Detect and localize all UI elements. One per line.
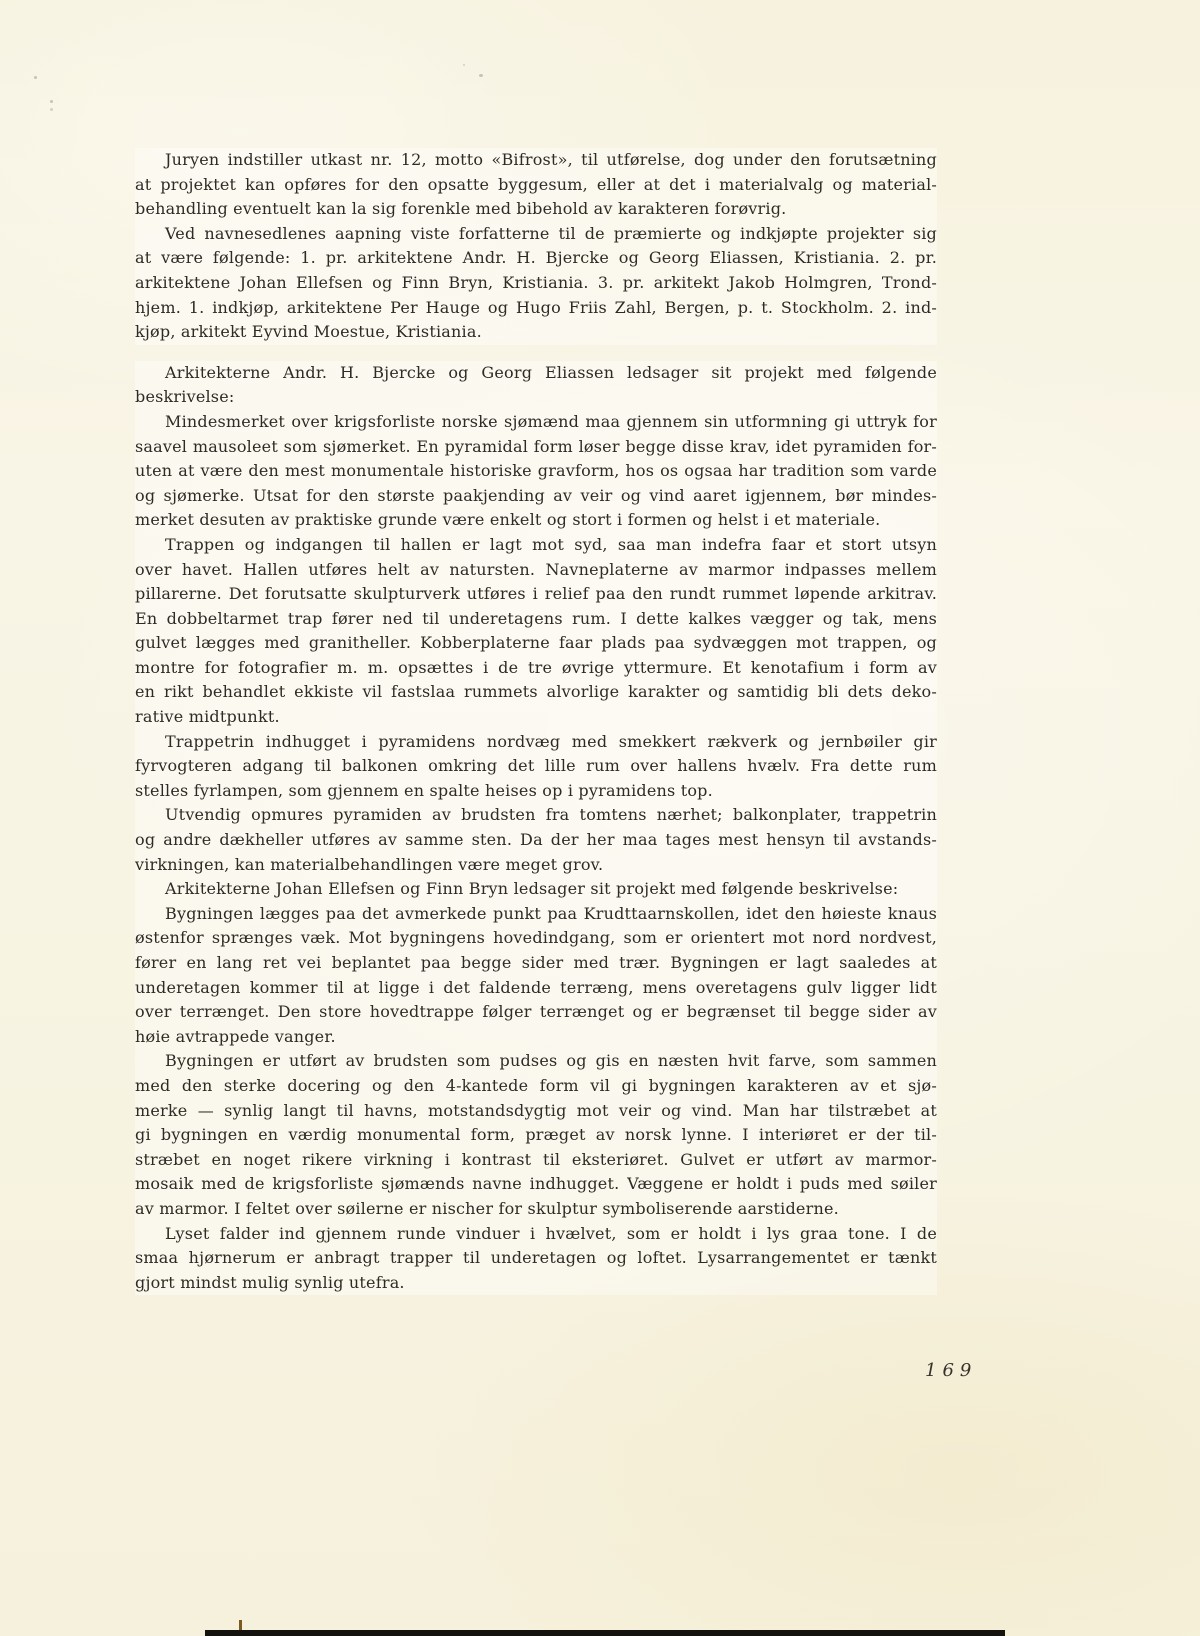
text-line: østenfor sprænges væk. Mot bygningens ho… (135, 926, 937, 951)
text-line: uten at være den mest monumentale histor… (135, 459, 937, 484)
page-number: 169 (925, 1360, 977, 1381)
paragraph: Mindesmerket over krigsforliste norske s… (135, 410, 937, 533)
scanned-page: Juryen indstiller utkast nr. 12, motto «… (0, 0, 1200, 1636)
scan-speck (479, 74, 483, 77)
paragraph: Trappen og indgangen til hallen er lagt … (135, 533, 937, 730)
paragraph: Arkitekterne Andr. H. Bjercke og Georg E… (135, 361, 937, 410)
text-line: Arkitekterne Andr. H. Bjercke og Georg E… (135, 361, 937, 386)
text-line: av marmor. I feltet over søilerne er nis… (135, 1197, 937, 1222)
text-line: og andre dækheller utføres av samme sten… (135, 828, 937, 853)
text-line: en rikt behandlet ekkiste vil fastslaa r… (135, 680, 937, 705)
text-line: Trappen og indgangen til hallen er lagt … (135, 533, 937, 558)
text-line: mosaik med de krigsforliste sjømænds nav… (135, 1172, 937, 1197)
text-line: Lyset falder ind gjennem runde vinduer i… (135, 1222, 937, 1247)
text-line: underetagen kommer til at ligge i det fa… (135, 976, 937, 1001)
text-line: Bygningen lægges paa det avmerkede punkt… (135, 902, 937, 927)
text-line: montre for fotografier m. m. opsættes i … (135, 656, 937, 681)
scan-speck (34, 76, 37, 79)
text-line: pillarerne. Det forutsatte skulpturverk … (135, 582, 937, 607)
text-line: beskrivelse: (135, 385, 937, 410)
text-line: merke — synlig langt til havns, motstand… (135, 1099, 937, 1124)
text-block: Juryen indstiller utkast nr. 12, motto «… (135, 148, 937, 1295)
scan-speck (50, 100, 53, 103)
paragraph: Lyset falder ind gjennem runde vinduer i… (135, 1222, 937, 1296)
text-line: saavel mausoleet som sjømerket. En pyram… (135, 435, 937, 460)
paragraph: Arkitekterne Johan Ellefsen og Finn Bryn… (135, 877, 937, 902)
text-line: Utvendig opmures pyramiden av brudsten f… (135, 803, 937, 828)
text-line: Arkitekterne Johan Ellefsen og Finn Bryn… (135, 877, 937, 902)
text-line: Bygningen er utført av brudsten som puds… (135, 1049, 937, 1074)
text-line: rative midtpunkt. (135, 705, 937, 730)
paragraph: Utvendig opmures pyramiden av brudsten f… (135, 803, 937, 877)
paragraph: Bygningen lægges paa det avmerkede punkt… (135, 902, 937, 1050)
text-line: over terrænget. Den store hovedtrappe fø… (135, 1000, 937, 1025)
text-line: stelles fyrlampen, som gjennem en spalte… (135, 779, 937, 804)
text-line: gulvet lægges med granitheller. Kobberpl… (135, 631, 937, 656)
scan-speck (463, 64, 465, 66)
paragraph: Trappetrin indhugget i pyramidens nordvæ… (135, 730, 937, 804)
text-line: hjem. 1. indkjøp, arkitektene Per Hauge … (135, 296, 937, 321)
text-line: gjort mindst mulig synlig utefra. (135, 1271, 937, 1296)
text-line: merket desuten av praktiske grunde være … (135, 508, 937, 533)
text-line: En dobbeltarmet trap fører ned til under… (135, 607, 937, 632)
text-line: arkitektene Johan Ellefsen og Finn Bryn,… (135, 271, 937, 296)
text-line: at projektet kan opføres for den opsatte… (135, 173, 937, 198)
text-line: stræbet en noget rikere virkning i kontr… (135, 1148, 937, 1173)
text-line: smaa hjørnerum er anbragt trapper til un… (135, 1246, 937, 1271)
text-line: høie avtrappede vanger. (135, 1025, 937, 1050)
paragraph: Juryen indstiller utkast nr. 12, motto «… (135, 148, 937, 222)
text-line: Juryen indstiller utkast nr. 12, motto «… (135, 148, 937, 173)
text-line: behandling eventuelt kan la sig forenkle… (135, 197, 937, 222)
text-line: gi bygningen en værdig monumental form, … (135, 1123, 937, 1148)
text-line: kjøp, arkitekt Eyvind Moestue, Kristiani… (135, 320, 937, 345)
text-line: virkningen, kan materialbehandlingen vær… (135, 853, 937, 878)
text-line: Trappetrin indhugget i pyramidens nordvæ… (135, 730, 937, 755)
text-line: over havet. Hallen utføres helt av natur… (135, 558, 937, 583)
text-line: med den sterke docering og den 4-kantede… (135, 1074, 937, 1099)
text-line: Ved navnesedlenes aapning viste forfatte… (135, 222, 937, 247)
text-line: fører en lang ret vei beplantet paa begg… (135, 951, 937, 976)
paragraph: Bygningen er utført av brudsten som puds… (135, 1049, 937, 1221)
scan-artifact-bar (205, 1630, 1005, 1636)
text-line: at være følgende: 1. pr. arkitektene And… (135, 246, 937, 271)
paragraph: Ved navnesedlenes aapning viste forfatte… (135, 222, 937, 345)
text-line: Mindesmerket over krigsforliste norske s… (135, 410, 937, 435)
text-line: og sjømerke. Utsat for den største paakj… (135, 484, 937, 509)
text-line: fyrvogteren adgang til balkonen omkring … (135, 754, 937, 779)
